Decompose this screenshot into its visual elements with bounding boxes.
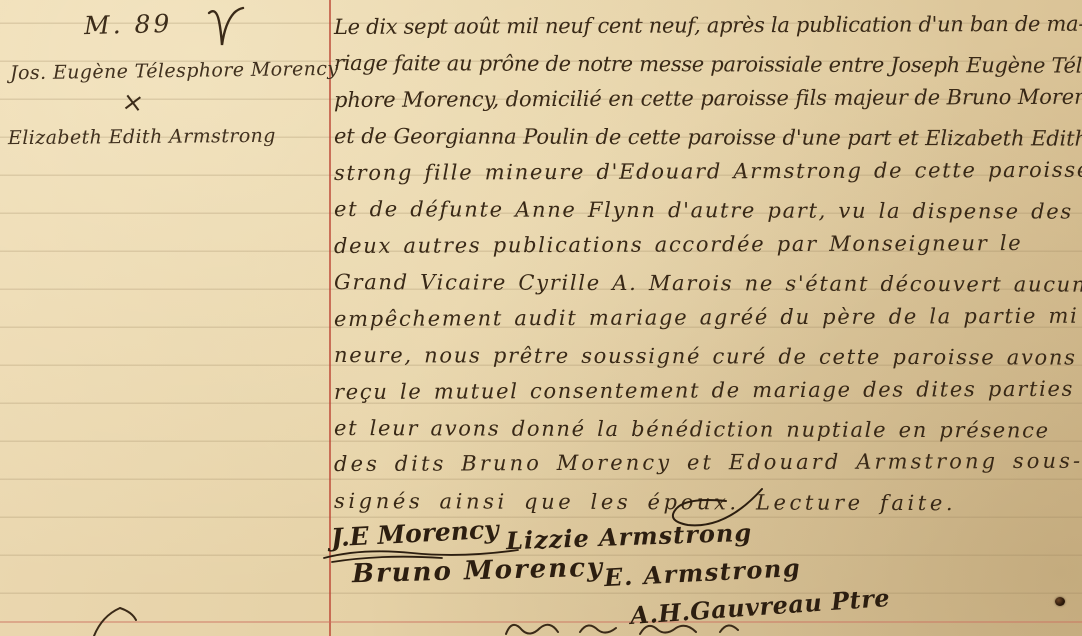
margin-bride-name: Elizabeth Edith Armstrong [8, 125, 276, 149]
signature-groom: J.E Morency [330, 515, 499, 553]
record-line: strong fille mineure d'Edouard Armstrong… [334, 152, 1082, 192]
record-number: M. 89 [84, 9, 173, 40]
ink-blot [1055, 597, 1065, 606]
record-line: reçu le mutuel consentement de mariage d… [334, 370, 1082, 410]
record-line: Le dix sept août mil neuf cent neuf, apr… [334, 6, 1082, 46]
cross-symbol: × [120, 87, 146, 120]
signature-groom-father: Bruno Morency [352, 553, 605, 590]
signature-bride: Lizzie Armstrong [506, 518, 753, 556]
record-line: des dits Bruno Morency et Edouard Armstr… [334, 443, 1082, 483]
margin-groom-name: Jos. Eugène Télesphore Morency [10, 58, 339, 85]
register-page: M. 89 Jos. Eugène Télesphore Morency × E… [0, 0, 1082, 636]
record-line: deux autres publications accordée par Mo… [334, 224, 1082, 264]
record-body: Le dix sept août mil neuf cent neuf, apr… [334, 9, 1082, 519]
signature-bride-father: E. Armstrong [603, 553, 801, 592]
section-rule-line [0, 621, 1082, 623]
record-line: signés ainsi que les époux. Lecture fait… [334, 483, 1082, 522]
record-line: phore Morency, domicilié en cette parois… [334, 79, 1082, 119]
check-mark-icon [206, 5, 246, 53]
record-line: empêchement audit mariage agréé du père … [334, 297, 1082, 337]
